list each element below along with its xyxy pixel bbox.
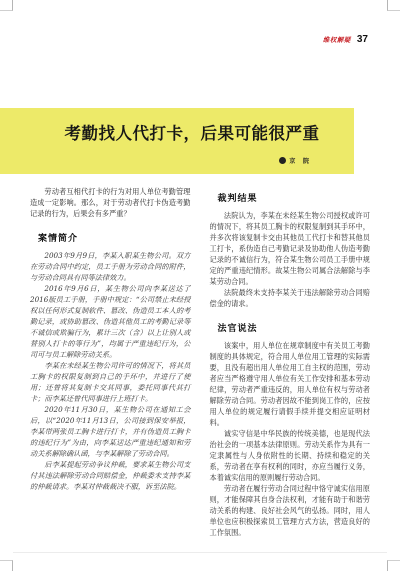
- author-name: 京 院: [289, 156, 312, 165]
- page-header: 维权解疑 37: [323, 34, 368, 45]
- paragraph: 法院认为，李某在未经某生物公司授权或许可的情况下，将其员工胸卡的权限复制到其手环…: [210, 210, 371, 287]
- paragraph: 劳动者在履行劳动合同过程中恪守诚实信用原则，才能保障其自身合法权利，才能有助于和…: [210, 483, 371, 538]
- paragraph: 法院最终未支持李某关于违法解除劳动合同赔偿金的请求。: [210, 287, 371, 309]
- heading-case-summary: 案情简介: [38, 233, 191, 244]
- judge-comments-section: 该案中，用人单位在规章制度中有关员工考勤制度的具体规定，符合用人单位用工管理的实…: [210, 340, 371, 538]
- intro-paragraph: 劳动者互相代打卡的行为对用人单位考勤管理造成一定影响。那么，对于劳动者代打卡伪造…: [30, 186, 191, 219]
- section-label: 维权解疑: [323, 35, 351, 44]
- verdict-section: 法院认为，李某在未经某生物公司授权或许可的情况下，将其员工胸卡的权限复制到其手环…: [210, 210, 371, 309]
- paragraph: 该案中，用人单位在规章制度中有关员工考勤制度的具体规定，符合用人单位用工管理的实…: [210, 340, 371, 428]
- right-column: 裁判结果 法院认为，李某在未经某生物公司授权或许可的情况下，将其员工胸卡的权限复…: [210, 186, 371, 538]
- page-bottom-edge: [13, 552, 387, 553]
- paragraph: 李某在未经某生物公司许可的情况下，将其员工胸卡的权限复制到自己的手环中，并进行了…: [30, 360, 191, 404]
- crop-mark-top-left: [0, 0, 13, 11]
- left-column: 劳动者互相代打卡的行为对用人单位考勤管理造成一定影响。那么，对于劳动者代打卡伪造…: [30, 186, 191, 538]
- crop-mark-bottom-right: [387, 560, 400, 571]
- heading-verdict: 裁判结果: [218, 193, 371, 204]
- author-icon: [279, 157, 286, 164]
- paragraph: 2003年9月9日，李某入职某生物公司。双方在劳动合同中约定，员工手册为劳动合同…: [30, 250, 191, 283]
- case-summary-section: 2003年9月9日，李某入职某生物公司。双方在劳动合同中约定，员工手册为劳动合同…: [30, 250, 191, 492]
- magazine-page: 维权解疑 37 考勤找人代打卡，后果可能很严重 京 院 劳动者互相代打卡的行为对…: [0, 0, 400, 571]
- paragraph: 2016年9月6日，某生物公司向李某送达了2016版员工手册，手册中规定：“公司…: [30, 283, 191, 360]
- crop-mark-bottom-left: [0, 560, 13, 571]
- article-title: 考勤找人代打卡，后果可能很严重: [0, 125, 354, 145]
- paragraph: 诚实守信是中华民族的传统美德，也是现代法治社会的一项基本法律原则。劳动关系作为具…: [210, 428, 371, 483]
- byline: 京 院: [279, 156, 312, 165]
- page-number: 37: [357, 34, 368, 45]
- paragraph: 2020年11月30日，某生物公司在通知工会后，以“2020年11月13日，公司…: [30, 404, 191, 459]
- paragraph: 后李某提起劳动争议仲裁，要求某生物公司支付其违法解除劳动合同赔偿金，仲裁委未支持…: [30, 459, 191, 492]
- crop-mark-top-right: [387, 0, 400, 11]
- article-title-banner: 考勤找人代打卡，后果可能很严重 京 院: [0, 108, 354, 174]
- article-body: 劳动者互相代打卡的行为对用人单位考勤管理造成一定影响。那么，对于劳动者代打卡伪造…: [30, 186, 370, 538]
- heading-judge-comments: 法官说法: [218, 323, 371, 334]
